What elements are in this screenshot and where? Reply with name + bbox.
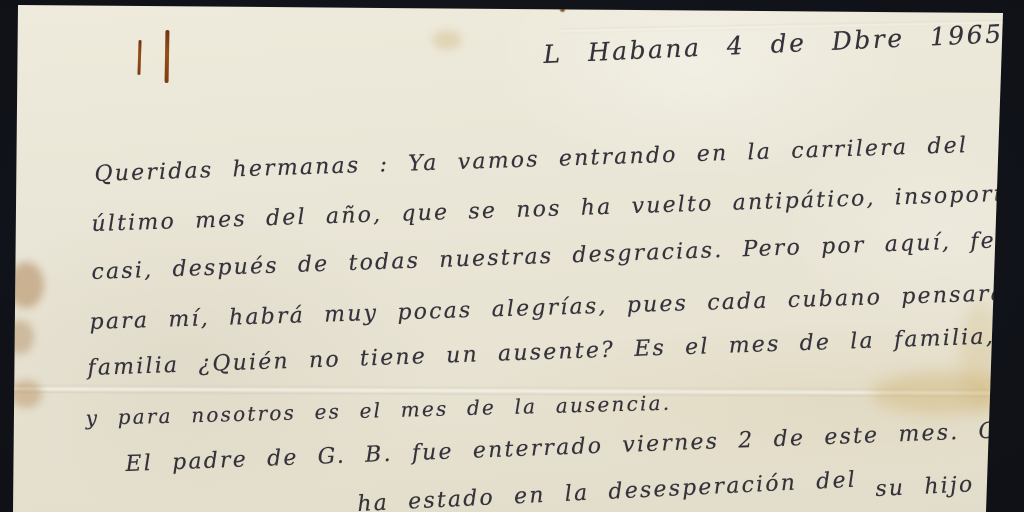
red-margin-mark (132, 28, 182, 88)
red-ink-stroke (165, 30, 170, 83)
red-ink-stroke (137, 40, 141, 75)
ink-speck (560, 8, 565, 12)
letter-line-clipped: ha estado en la desesperación del (357, 468, 858, 512)
ink-speck (636, 4, 643, 9)
letter-line: familia ¿Quién no tiene un ausente? Es e… (87, 324, 995, 381)
stain (432, 30, 462, 50)
red-ink-speck (694, 0, 714, 9)
letter-line: para mí, habrá muy pocas alegrías, pues … (89, 278, 1024, 335)
letter-line: Queridas hermanas : Ya vamos entrando en… (94, 133, 968, 187)
stain (6, 320, 34, 354)
letter-line: y para nosotros es el mes de la ausencia… (85, 391, 671, 430)
stain (8, 262, 44, 308)
letter-line: casi, después de todas nuestras desgraci… (91, 224, 1024, 285)
letter-line-clipped: su hijo (875, 472, 975, 502)
letter-page: L Habana 4 de Dbre 1965 Queridas hermana… (0, 0, 1024, 512)
ink-speck (806, 7, 813, 11)
ink-speck (742, 2, 751, 7)
letter-line: último mes del año, que se nos ha vuelto… (91, 180, 1024, 237)
photo-background: L Habana 4 de Dbre 1965 Queridas hermana… (0, 0, 1024, 512)
